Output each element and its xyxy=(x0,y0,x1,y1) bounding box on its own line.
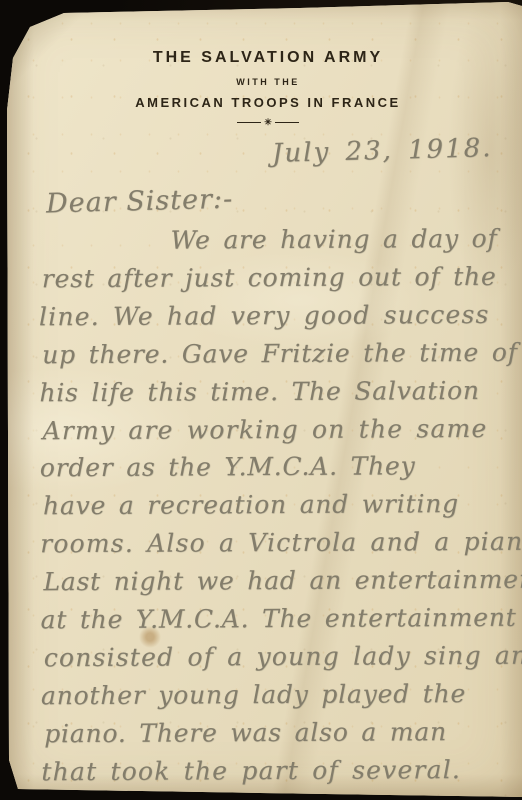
salutation: Dear Sister:- xyxy=(46,184,234,220)
ornament-rule-left xyxy=(237,122,261,124)
handwritten-line: up there. Gave Fritzie the time of xyxy=(42,333,522,373)
letterhead: THE SALVATION ARMY WITH THE AMERICAN TRO… xyxy=(7,49,522,127)
date-line: July 23, 1918. xyxy=(271,133,492,169)
handwritten-line: rooms. Also a Victrola and a piano. xyxy=(40,523,522,563)
letterhead-with-the: WITH THE xyxy=(7,77,522,87)
handwritten-line: rest after just coming out of the xyxy=(42,258,522,298)
handwritten-line: consisted of a young lady sing and xyxy=(44,637,522,677)
handwritten-line: Army are working on the same xyxy=(43,409,522,449)
handwritten-line: order as the Y.M.C.A. They xyxy=(40,447,522,487)
handwritten-line: Last night we had an entertainment xyxy=(43,561,522,601)
letter-body: We are having a day of rest after just c… xyxy=(39,220,522,791)
handwritten-line: piano. There was also a man xyxy=(44,713,522,753)
asterisk-ornament-icon: ✳ xyxy=(264,118,272,127)
handwritten-line: that took the part of several. xyxy=(41,750,522,790)
letter-paper: THE SALVATION ARMY WITH THE AMERICAN TRO… xyxy=(0,0,522,800)
divider-ornament: ✳ xyxy=(7,118,522,127)
letterhead-troops-line: AMERICAN TROOPS IN FRANCE xyxy=(7,95,522,110)
photo-background: THE SALVATION ARMY WITH THE AMERICAN TRO… xyxy=(0,0,522,800)
handwritten-line: have a recreation and writing xyxy=(43,485,522,525)
ornament-rule-right xyxy=(275,122,299,124)
handwritten-line: his life this time. The Salvation xyxy=(39,371,522,411)
handwritten-line: at the Y.M.C.A. The entertainment xyxy=(40,599,522,639)
handwritten-line: line. We had very good success xyxy=(39,296,522,336)
handwritten-line: another young lady played the xyxy=(41,675,522,715)
handwritten-line: We are having a day of xyxy=(39,220,522,260)
letterhead-org-name: THE SALVATION ARMY xyxy=(7,49,522,67)
